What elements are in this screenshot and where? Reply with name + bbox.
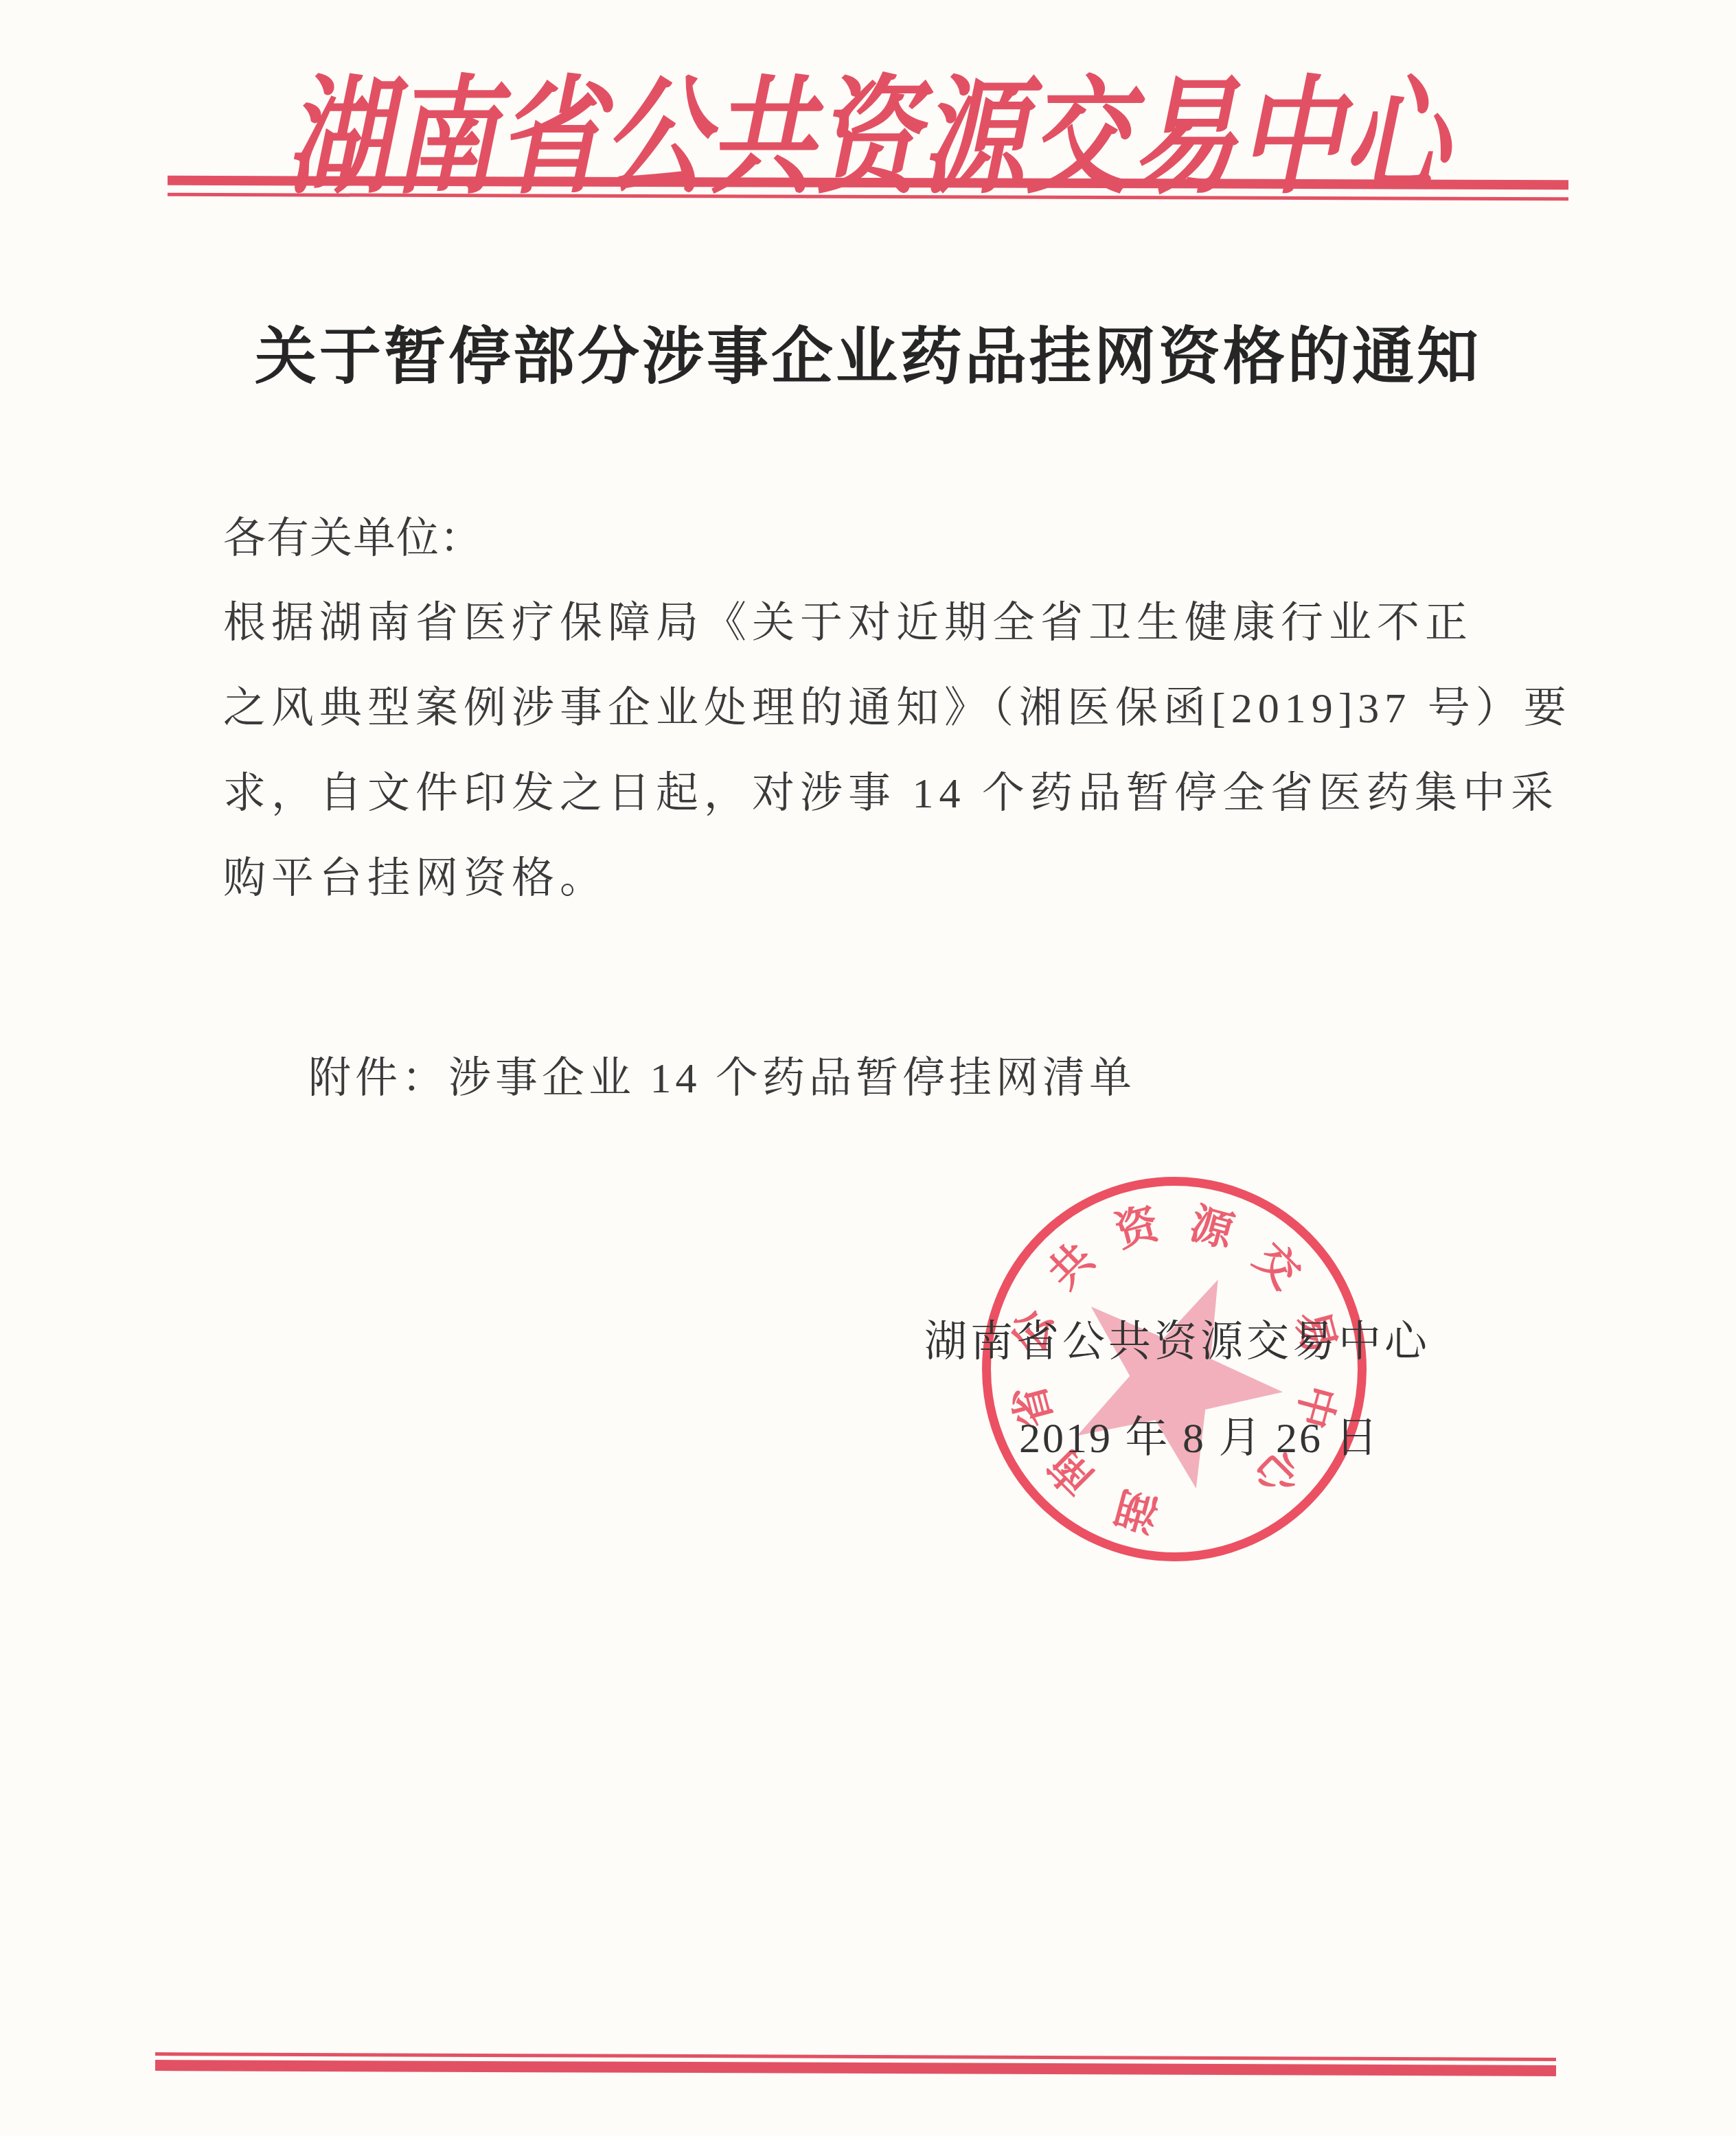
official-seal: 湖南省公共资源交易中心 (982, 1177, 1367, 1561)
footer-rule-thin (155, 2052, 1556, 2061)
salutation: 各有关单位： (223, 504, 483, 565)
seal-arc-char: 湖 (1107, 1479, 1164, 1549)
signer-name: 湖南省公共资源交易中心 (924, 1307, 1430, 1368)
footer-rule-thick (155, 2060, 1556, 2076)
seal-arc-char: 源 (1185, 1189, 1242, 1259)
body-line: 求，自文件印发之日起，对涉事 14 个药品暂停全省医药集中采 (223, 751, 1572, 836)
attachment-line: 附件：涉事企业 14 个药品暂停挂网清单 (308, 1044, 1136, 1105)
body-paragraph: 根据湖南省医疗保障局《关于对近期全省卫生健康行业不正之风典型案例涉事企业处理的通… (223, 581, 1572, 921)
sign-date: 2019 年 8 月 26 日 (1019, 1403, 1380, 1465)
body-line: 之风典型案例涉事企业处理的通知》（湘医保函[2019]37 号）要 (223, 666, 1572, 751)
scanned-notice-document: 湖南省公共资源交易中心 关于暂停部分涉事企业药品挂网资格的通知 各有关单位： 根… (0, 0, 1736, 2136)
letterhead-title: 湖南省公共资源交易中心 (0, 36, 1736, 218)
document-title: 关于暂停部分涉事企业药品挂网资格的通知 (0, 306, 1736, 395)
body-line: 购平台挂网资格。 (223, 836, 1572, 921)
body-line: 根据湖南省医疗保障局《关于对近期全省卫生健康行业不正 (223, 581, 1572, 666)
